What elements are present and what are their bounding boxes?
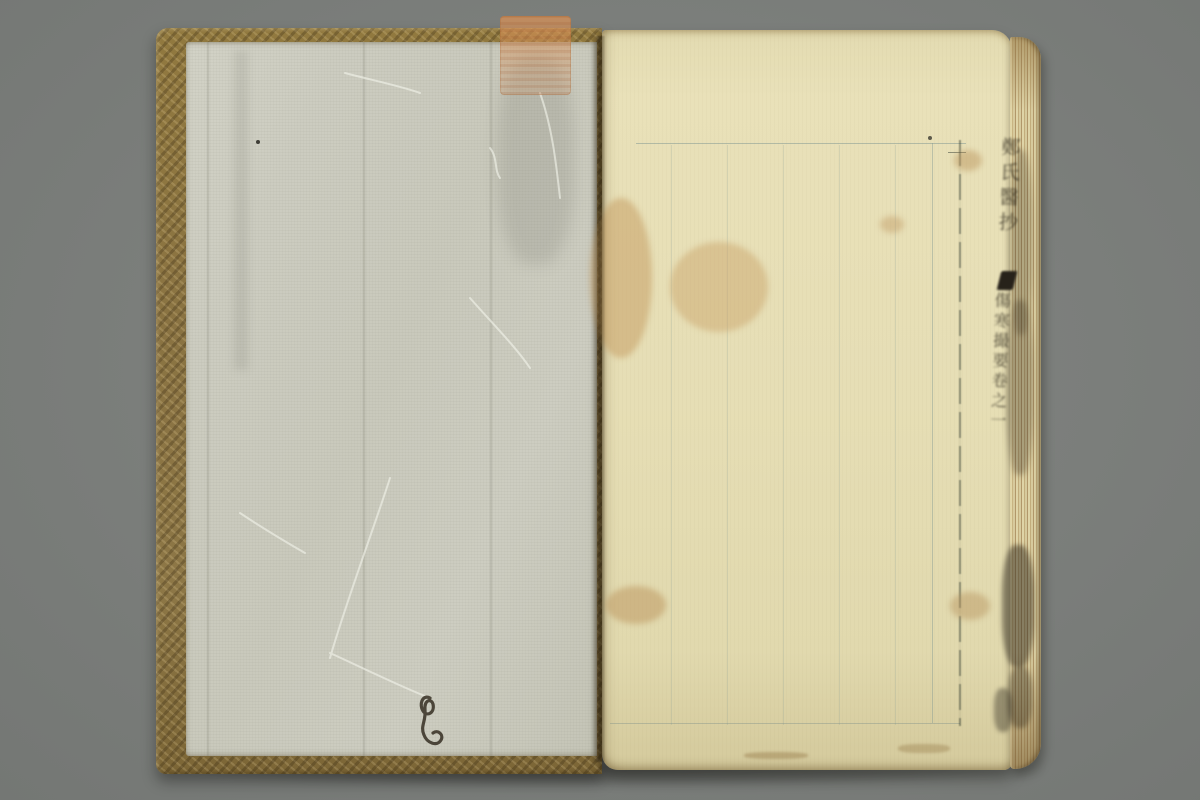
- show-through-border-right-outer: [959, 140, 961, 726]
- left-blank-page: [186, 42, 597, 756]
- label-tab: [500, 16, 571, 95]
- fore-edge-title-upper: 鄭氏醫抄: [993, 137, 1023, 238]
- ink-speck: [928, 136, 932, 140]
- ink-smudge: [1002, 545, 1034, 667]
- fore-edge-title-lower: 傷寒撮要卷之一: [986, 292, 1014, 433]
- ink-scribble: [414, 690, 458, 758]
- stain: [670, 242, 768, 332]
- stain: [954, 150, 982, 171]
- show-through-border-top: [636, 143, 966, 144]
- stain: [880, 216, 904, 233]
- right-blank-page: [602, 30, 1012, 770]
- stain: [950, 592, 990, 620]
- gutter-shadow: [591, 36, 605, 762]
- ink-smudge: [994, 688, 1012, 732]
- stain: [898, 744, 950, 753]
- show-through-border-right-inner: [932, 143, 933, 723]
- paper-fibers: [186, 42, 597, 756]
- photo-of-open-book: 鄭氏醫抄 傷寒撮要卷之一: [0, 0, 1200, 800]
- stain: [606, 586, 666, 624]
- stain: [744, 752, 808, 759]
- show-through-border-bottom: [610, 723, 960, 724]
- ink-speck: [256, 140, 260, 144]
